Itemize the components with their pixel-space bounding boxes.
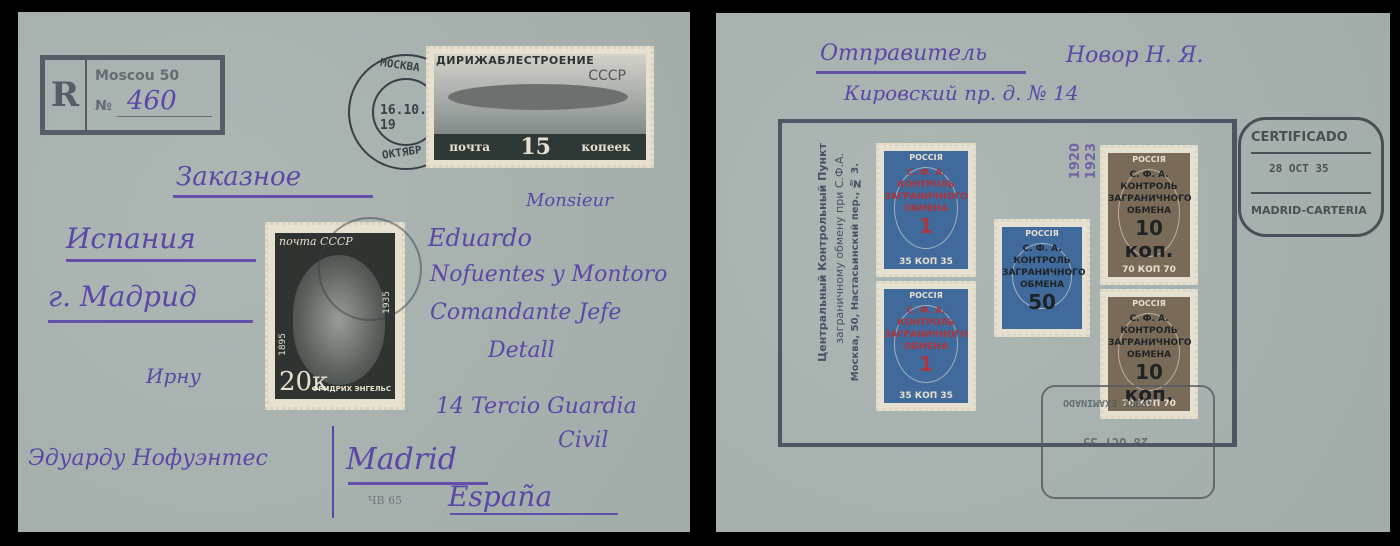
- stamp-country: РОССIЯ: [1108, 155, 1190, 164]
- overprint-line: КОНТРОЛЬ: [884, 317, 968, 329]
- sender-label-underline: [816, 71, 1026, 74]
- registration-no-label: №: [95, 98, 112, 114]
- envelope-back: Отправитель Новор Н. Я. Кировский пр. д.…: [716, 13, 1390, 532]
- overprint-line: С. Ф. А.: [884, 305, 968, 317]
- stamp-base-value: 70 КОП 70: [1108, 265, 1190, 275]
- overprint-value: 50: [1002, 291, 1082, 313]
- addr-line-5: 14 Tercio Guardia: [436, 394, 637, 419]
- stamp-country: РОССIЯ: [1002, 229, 1082, 238]
- violet-cancel-year-1: 1920: [1068, 143, 1083, 179]
- expert-postmark: APERT EXAMINADO 28 OCT 35: [1041, 385, 1215, 499]
- overprint-line: С. Ф. А.: [1002, 243, 1082, 255]
- overprint-line: ЗАГРАНИЧНОГО: [1002, 267, 1082, 279]
- control-stamp-line-1: Центральный Контрольный Пункт: [816, 143, 829, 362]
- city-text: Madrid: [346, 442, 457, 477]
- zeppelin-stamp-value: 15: [520, 134, 551, 160]
- stamp-overprint: С. Ф. А. КОНТРОЛЬ ЗАГРАНИЧНОГО ОБМЕНА 1: [884, 167, 968, 237]
- envelope-front: R Moscou 50 № 460 МОСКВА 50 16.10.35 19 …: [18, 12, 690, 532]
- stamp-country: РОССIЯ: [884, 291, 968, 300]
- zeppelin-stamp-title: ДИРИЖАБЛЕСТРОЕНИЕ: [436, 54, 594, 67]
- expert-postmark-top: APERT EXAMINADO: [1063, 397, 1153, 408]
- overprint-stamp-4: РОССIЯ С. Ф. А. КОНТРОЛЬ ЗАГРАНИЧНОГО ОБ…: [1100, 145, 1198, 285]
- control-stamp-line-3: Москва, 50, Настасьинский пер., № 3.: [850, 163, 861, 381]
- certificado-bottom: MADRID-CARTERIA: [1251, 204, 1367, 217]
- overprint-line: ЗАГРАНИЧНОГО: [1108, 337, 1190, 349]
- city-ru-text: г. Мадрид: [48, 280, 197, 313]
- overprint-line: ЗАГРАНИЧНОГО: [1108, 193, 1190, 205]
- stamp-country: РОССIЯ: [884, 153, 968, 162]
- address-divider-line: [332, 426, 334, 518]
- overprint-value: 10 коп.: [1108, 217, 1190, 261]
- sender-address: Кировский пр. д. № 14: [844, 81, 1079, 105]
- airship-icon: [448, 84, 628, 110]
- zeppelin-stamp-right: копеек: [581, 140, 630, 154]
- overprint-line: КОНТРОЛЬ: [1108, 325, 1190, 337]
- overprint-line: КОНТРОЛЬ: [1108, 181, 1190, 193]
- registration-city: Moscou 50: [95, 68, 179, 84]
- stamp-base-value: 35 КОП 35: [884, 391, 968, 401]
- overprint-stamp-2: РОССIЯ С. Ф. А. КОНТРОЛЬ ЗАГРАНИЧНОГО ОБ…: [876, 281, 976, 411]
- country-ru-underline: [66, 259, 256, 262]
- overprint-value: 1: [884, 353, 968, 375]
- city-ru-underline: [48, 320, 253, 323]
- sender-name: Новор Н. Я.: [1066, 43, 1204, 68]
- overprint-line: КОНТРОЛЬ: [884, 179, 968, 191]
- postmark-suffix: ОКТЯБР: [381, 143, 422, 161]
- zeppelin-stamp-country: СССР: [588, 68, 626, 84]
- engels-postmark: [318, 217, 422, 321]
- violet-cancel-year-2: 1923: [1084, 143, 1099, 179]
- salutation-text: Monsieur: [526, 190, 613, 211]
- certificado-date: 28 OCT 35: [1269, 162, 1329, 175]
- overprint-value: 1: [884, 215, 968, 237]
- addr-line-3: Comandante Jefe: [430, 300, 621, 325]
- overprint-line: С. Ф. А.: [1108, 313, 1190, 325]
- stamp-base-value: 35 КОП 35: [884, 257, 968, 267]
- addr-line-4: Detall: [488, 338, 555, 363]
- registered-text: Заказное: [176, 162, 301, 192]
- postmark-bar: [1251, 152, 1371, 154]
- zeppelin-stamp-left: почта: [449, 140, 490, 154]
- postmark-bar: [1251, 192, 1371, 194]
- overprint-line: С. Ф. А.: [884, 167, 968, 179]
- street-ru-text: Ирну: [146, 364, 201, 388]
- stamp-country: РОССIЯ: [1108, 299, 1190, 308]
- addr-line-1: Eduardo: [428, 224, 532, 252]
- addr-line-2: Nofuentes y Montoro: [430, 262, 667, 287]
- zeppelin-stamp-image: ДИРИЖАБЛЕСТРОЕНИЕ СССР почта 15 копеек: [434, 54, 646, 160]
- control-stamp-line-2: заграничному обмену при С.Ф.А.: [833, 153, 846, 344]
- country-ru-text: Испания: [66, 222, 196, 255]
- registration-underline: [117, 116, 212, 117]
- engels-stamp-name: ФРИДРИХ ЭНГЕЛЬС: [311, 385, 391, 393]
- certificado-postmark: CERTIFICADO 28 OCT 35 MADRID-CARTERIA: [1238, 117, 1384, 237]
- addr-line-6: Civil: [558, 428, 608, 453]
- registered-underline: [173, 195, 373, 198]
- stamp-overprint: С. Ф. А. КОНТРОЛЬ ЗАГРАНИЧНОГО ОБМЕНА 50: [1002, 243, 1082, 313]
- overprint-stamp-3: РОССIЯ С. Ф. А. КОНТРОЛЬ ЗАГРАНИЧНОГО ОБ…: [994, 219, 1090, 337]
- overprint-line: С. Ф. А.: [1108, 169, 1190, 181]
- registration-label: R Moscou 50 № 460: [40, 55, 225, 135]
- country-text: España: [448, 480, 552, 513]
- stamp-overprint: С. Ф. А. КОНТРОЛЬ ЗАГРАНИЧНОГО ОБМЕНА 10…: [1108, 169, 1190, 261]
- overprint-line: ЗАГРАНИЧНОГО: [884, 191, 968, 203]
- registration-letter: R: [45, 60, 87, 130]
- engels-stamp-year-left: 1895: [278, 333, 288, 356]
- country-underline: [450, 513, 618, 515]
- overprint-line: ЗАГРАНИЧНОГО: [884, 329, 968, 341]
- expert-postmark-date: 28 OCT 35: [1083, 435, 1148, 449]
- registration-number: 460: [127, 86, 177, 116]
- zeppelin-stamp-value-band: почта 15 копеек: [434, 134, 646, 160]
- sender-label: Отправитель: [820, 41, 987, 66]
- certificado-top: CERTIFICADO: [1251, 130, 1348, 145]
- overprint-line: КОНТРОЛЬ: [1002, 255, 1082, 267]
- name-ru-text: Эдуарду Нофуэнтес: [28, 446, 268, 471]
- zeppelin-stamp: ДИРИЖАБЛЕСТРОЕНИЕ СССР почта 15 копеек: [426, 46, 654, 168]
- overprint-stamp-1: РОССIЯ С. Ф. А. КОНТРОЛЬ ЗАГРАНИЧНОГО ОБ…: [876, 143, 976, 277]
- stamp-overprint: С. Ф. А. КОНТРОЛЬ ЗАГРАНИЧНОГО ОБМЕНА 1: [884, 305, 968, 375]
- pencil-note: ЧВ 65: [368, 494, 402, 507]
